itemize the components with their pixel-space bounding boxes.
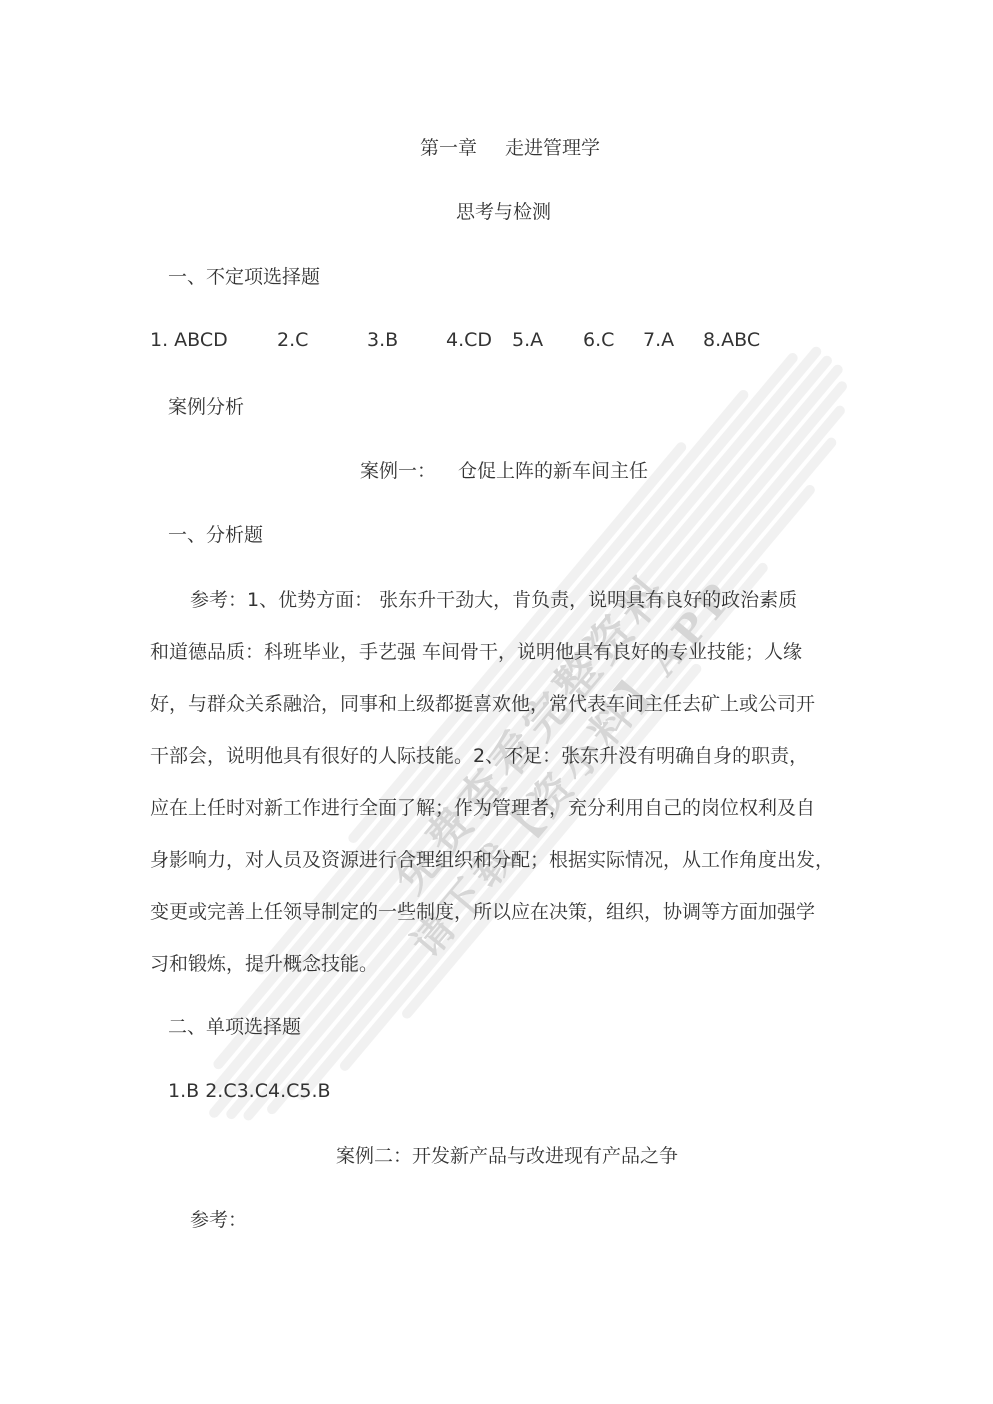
answer-item: 6.C	[583, 328, 614, 352]
section-heading-single-choice: 二、单项选择题	[168, 1015, 301, 1039]
paragraph-line: 和道德品质：科班毕业，手艺强 车间骨干，说明他具有良好的专业技能；人缘	[150, 638, 850, 690]
section-heading-multiple-choice: 一、不定项选择题	[168, 265, 320, 289]
chapter-name: 走进管理学	[505, 137, 600, 159]
paragraph-line: 变更或完善上任领导制定的一些制度，所以应在决策，组织，协调等方面加强学	[150, 898, 850, 950]
case2-title: 案例二：开发新产品与改进现有产品之争	[336, 1144, 678, 1168]
analysis-question-heading: 一、分析题	[168, 523, 263, 547]
case1-reference-paragraph: 参考：1、优势方面： 张东升干劲大，肯负责，说明具有良好的政治素质 和道德品质：…	[150, 586, 850, 1002]
case1-name: 仓促上阵的新车间主任	[458, 460, 648, 482]
answer-row-multiple-choice: 1. ABCD 2.C 3.B 4.CD 5.A 6.C 7.A 8.ABC	[0, 328, 993, 354]
answer-item: 4.CD	[446, 328, 492, 352]
paragraph-line: 干部会，说明他具有很好的人际技能。2、不足：张东升没有明确自身的职责，	[150, 742, 850, 794]
answer-item: 7.A	[643, 328, 674, 352]
section-subtitle: 思考与检测	[456, 200, 551, 224]
answer-row-single-choice: 1.B 2.C3.C4.C5.B	[168, 1079, 331, 1103]
case1-title: 案例一：仓促上阵的新车间主任	[360, 459, 648, 483]
chapter-number: 第一章	[420, 137, 477, 159]
chapter-title: 第一章走进管理学	[420, 136, 600, 160]
paragraph-line: 习和锻炼，提升概念技能。	[150, 950, 850, 1002]
document-page: 免费查看完整资料 请下载【资小料】APP 第一章走进管理学 思考与检测 一、不定…	[0, 0, 993, 1404]
answer-item: 1. ABCD	[150, 328, 228, 352]
paragraph-line: 好，与群众关系融洽，同事和上级都挺喜欢他，常代表车间主任去矿上或公司开	[150, 690, 850, 742]
paragraph-line: 参考：1、优势方面： 张东升干劲大，肯负责，说明具有良好的政治素质	[150, 586, 850, 638]
case2-reference-label: 参考：	[190, 1208, 247, 1232]
answer-item: 8.ABC	[703, 328, 760, 352]
answer-item: 2.C	[277, 328, 308, 352]
case-analysis-heading: 案例分析	[168, 395, 244, 419]
answer-item: 3.B	[367, 328, 398, 352]
paragraph-line: 应在上任时对新工作进行全面了解；作为管理者，充分利用自己的岗位权利及自	[150, 794, 850, 846]
paragraph-line: 身影响力，对人员及资源进行合理组织和分配；根据实际情况，从工作角度出发，	[150, 846, 850, 898]
document-content: 第一章走进管理学 思考与检测 一、不定项选择题 1. ABCD 2.C 3.B …	[0, 0, 993, 1404]
case1-label: 案例一：	[360, 460, 436, 482]
answer-item: 5.A	[512, 328, 543, 352]
